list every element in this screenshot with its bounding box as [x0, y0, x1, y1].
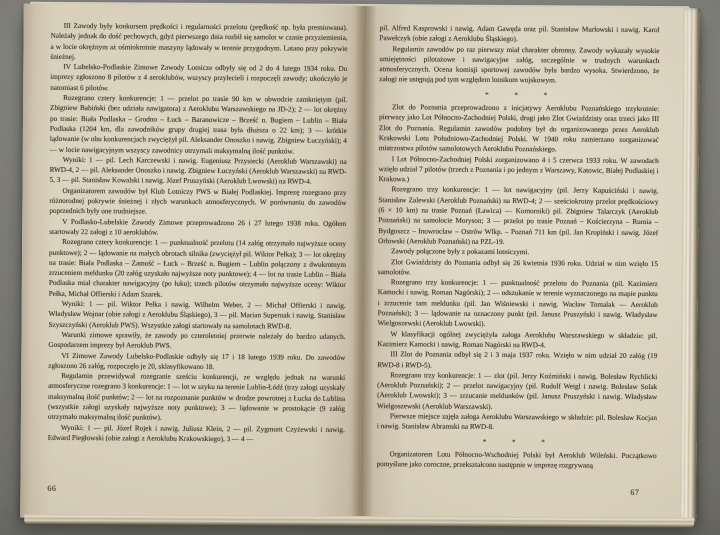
paragraph: III Zlot do Poznania odbył się 2 i 3 maj…	[377, 349, 657, 372]
paragraph: Zlot Gwiaździsty do Poznania odbył się 2…	[378, 257, 658, 280]
paragraph: Rozegrano trzy konkurencje: 1 — punktual…	[378, 277, 658, 330]
paragraph: Rozegrano trzy konkurencje: 1 — zlot (pi…	[377, 370, 657, 413]
page-number: 67	[630, 488, 639, 498]
paragraph: Wyniki: 1 — pil. Lech Karczewski i nawig…	[50, 155, 347, 188]
paragraph: Warunki zimowe sprawiły, że zawody po cz…	[48, 330, 345, 353]
book-pages: III Zawody były konkursem prędkości i re…	[20, 4, 700, 523]
left-page-text: III Zawody były konkursem prędkości i re…	[48, 21, 348, 445]
paragraph: pil. Alfred Kasprowski i nawig. Adam Gaw…	[380, 23, 660, 46]
paragraph: Rozegrano cztery konkurencje: 1 — punktu…	[49, 237, 346, 301]
paragraph: VI Zimowe Zawody Lubelsko-Podlaskie odby…	[48, 350, 345, 373]
paragraph: V Podlasko-Lubelskie Zawody Zimowe przep…	[49, 216, 346, 239]
page-bottom-edge	[24, 514, 694, 528]
section-separator: * * *	[385, 89, 659, 101]
paragraph: Rozegrano cztery konkurencje: 1 — przelo…	[50, 93, 347, 157]
paragraph: I Lot Północno-Zachodniej Polski zorgani…	[379, 154, 659, 187]
open-book: III Zawody były konkursem prędkości i re…	[20, 4, 700, 523]
section-separator: * * *	[383, 436, 657, 448]
paragraph: Zlot do Poznania przeprowadzono z inicja…	[379, 102, 659, 155]
paragraph: Regulamin zawodów po raz pierwszy miał c…	[379, 44, 659, 87]
paragraph: Rozegrano trzy konkurencje: 1 — lot nawi…	[378, 185, 658, 249]
photo-background: III Zawody były konkursem prędkości i re…	[0, 0, 720, 535]
paragraph: Organizatorem Lotu Północno-Wschodniej P…	[377, 449, 657, 472]
page-number: 66	[47, 484, 56, 494]
paragraph: W klasyfikacji ogólnej zwyciężyła załoga…	[377, 329, 657, 352]
paragraph: Pierwsze miejsce zajęła załoga Aeroklubu…	[377, 411, 657, 434]
right-page-text: pil. Alfred Kasprowski i nawig. Adam Gaw…	[377, 23, 660, 471]
left-page: III Zawody były konkursem prędkości i re…	[20, 4, 364, 520]
paragraph: Wyniki: 1 — pil. Józef Rojek i nawig. Ju…	[48, 422, 345, 445]
paragraph: Wyniki: 1 — pil. Wiktor Pełka i nawig. W…	[49, 299, 346, 332]
paragraph: IV Lubelsko-Podlaskie Zimowe Zawody Lotn…	[50, 62, 347, 95]
right-page: pil. Alfred Kasprowski i nawig. Adam Gaw…	[360, 6, 684, 522]
paragraph: Regulamin przewidywał rozegranie sześciu…	[48, 371, 345, 425]
paragraph: III Zawody były konkursem prędkości i re…	[50, 21, 347, 64]
paragraph: Organizatorem zawodów był Klub Lotniczy …	[49, 186, 346, 219]
